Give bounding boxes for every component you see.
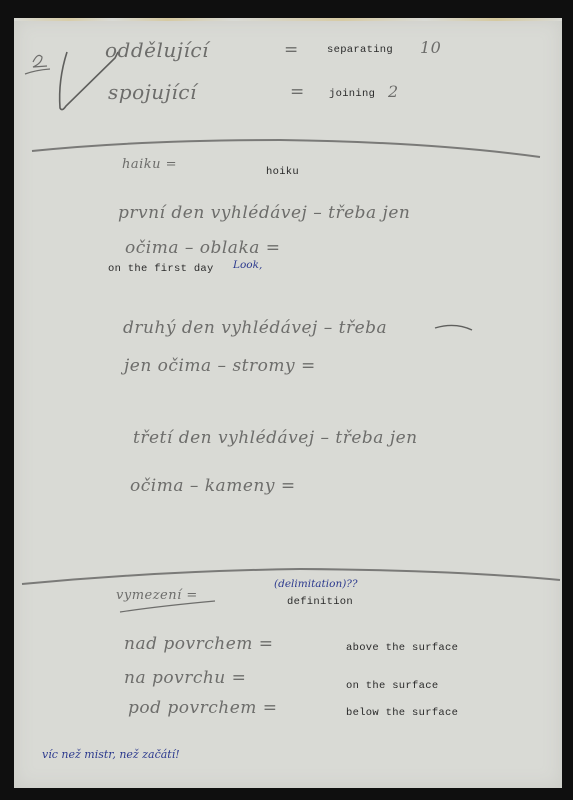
- surface-row-2-czech: na povrchu =: [124, 668, 246, 688]
- definition-typed-translation: definition: [287, 596, 353, 608]
- czech-word-separating: oddělující: [105, 38, 209, 62]
- surface-row-3-czech: pod povrchem =: [128, 698, 278, 718]
- equals-sign: =: [290, 82, 305, 102]
- equals-sign: =: [284, 40, 299, 60]
- english-joining: joining: [329, 88, 375, 100]
- verse-2-line-1: druhý den vyhlédávej – třeba: [123, 318, 387, 338]
- verse-2-line-2: jen očima – stromy =: [124, 356, 316, 376]
- verse-3-line-1: třetí den vyhlédávej – třeba jen: [133, 428, 418, 448]
- pencil-strokes: [0, 0, 573, 800]
- surface-row-1-czech: nad povrchem =: [124, 634, 274, 654]
- english-separating: separating: [327, 44, 393, 56]
- verse-3-line-2: očima – kameny =: [130, 476, 296, 496]
- surface-row-3-english: below the surface: [346, 707, 458, 719]
- verse-1-line-1: první den vyhlédávej – třeba jen: [118, 203, 410, 223]
- surface-row-1-english: above the surface: [346, 642, 458, 654]
- czech-word-joining: spojující: [108, 80, 197, 104]
- haiku-heading: haiku =: [122, 157, 177, 172]
- divider-line-1: [32, 140, 540, 157]
- ink-note-look: Look,: [233, 259, 262, 271]
- haiku-typed-translation: hoiku: [266, 166, 299, 178]
- score-joining: 2: [388, 82, 399, 101]
- footer-ink-note: víc než mistr, než začátí!: [42, 748, 180, 761]
- definition-heading: vymezení =: [116, 588, 198, 603]
- surface-row-2-english: on the surface: [346, 680, 438, 692]
- verse-1-line-2: očima – oblaka =: [125, 238, 281, 258]
- section-number-stroke: [33, 55, 47, 67]
- ink-note-delimitation: (delimitation)??: [274, 578, 358, 590]
- verse-1-translation: on the first day: [108, 263, 214, 275]
- score-separating: 10: [420, 38, 441, 57]
